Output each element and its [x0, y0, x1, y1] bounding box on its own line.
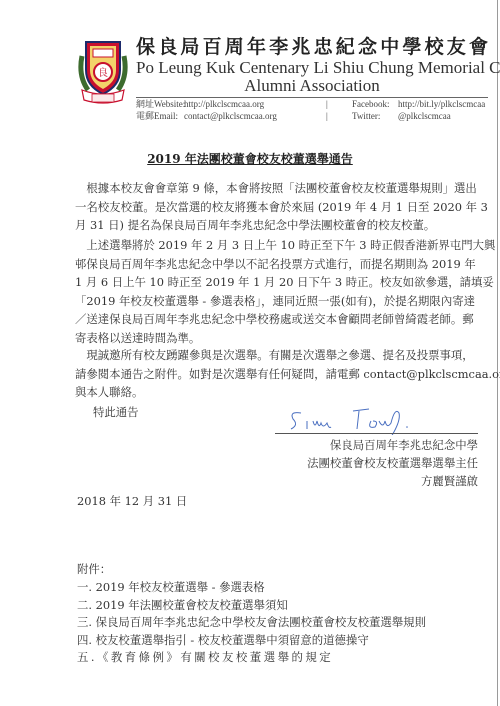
- svg-text:良: 良: [98, 66, 108, 79]
- contact-label-twitter: Twitter:: [352, 110, 380, 122]
- signer-title: 法團校董會校友校董選舉選舉主任: [275, 454, 478, 472]
- handwritten-signature: [283, 403, 473, 433]
- paragraph-line: ／送達保良局百周年李兆忠紀念中學校務處或送交本會顧問老師曾綺霞老師。郵: [75, 310, 475, 329]
- paragraph-line: 上述選舉將於 2019 年 2 月 3 日上午 10 時正至下午 3 時正假香港…: [75, 236, 475, 255]
- attachment-item: 三. 保良局百周年李兆忠紀念中學校友會法團校董會校友校董選舉規則: [77, 614, 426, 632]
- org-name-zh: 保良局百周年李兆忠紀念中學校友會: [136, 36, 488, 58]
- attachment-item: 四. 校友校董選舉指引 - 校友校董選舉中須留意的道德操守: [77, 632, 426, 650]
- email-link[interactable]: contact@plkclscmcaa.org: [184, 110, 277, 122]
- facebook-link[interactable]: http://bit.ly/plkclscmcaa: [398, 98, 485, 110]
- paragraph-line: 月 31 日) 提名為保良局百周年李兆忠紀念中學法團校董會的校友校董。: [75, 216, 475, 235]
- paragraph-line: 寄表格以送達時間為準。: [75, 329, 475, 348]
- contact-row-email: 電郵 Email: contact@plkclscmcaa.org | Twit…: [136, 110, 488, 122]
- org-block: 保良局百周年李兆忠紀念中學校友會 Po Leung Kuk Centenary …: [136, 36, 488, 122]
- attachment-item: 一. 2019 年校友校董選舉 - 參選表格: [77, 579, 426, 597]
- contact-label: Email:: [154, 110, 178, 122]
- paragraph-line: 與本人聯絡。: [75, 383, 475, 402]
- contact-label-facebook: Facebook:: [352, 98, 390, 110]
- signature-line: [275, 433, 478, 434]
- paragraph-3: 現誠邀所有校友踴躍參與是次選舉。有關是次選舉之參選、提名及投票事項， 請參閱本通…: [75, 346, 475, 402]
- paragraph-line: 現誠邀所有校友踴躍參與是次選舉。有關是次選舉之參選、提名及投票事項，: [75, 346, 475, 365]
- signer-name: 方麗賢謹啟: [275, 472, 478, 490]
- notice-closing: 特此通告: [93, 404, 139, 420]
- paragraph-line: 一名校友校董。是次當選的校友將獲本會於來屆 (2019 年 4 月 1 日至 2…: [75, 198, 475, 217]
- signature-block: 保良局百周年李兆忠紀念中學 法團校董會校友校董選舉選舉主任 方麗賢謹啟: [275, 436, 478, 490]
- org-name-en: Po Leung Kuk Centenary Li Shiu Chung Mem…: [136, 59, 488, 77]
- website-link[interactable]: http://plkclscmcaa.org: [184, 98, 264, 110]
- attachment-item: 五.《教育條例》有關校友校董選舉的規定: [77, 649, 426, 667]
- contact-label-zh: 電郵: [136, 110, 154, 122]
- paragraph-line: 邨保良局百周年李兆忠紀念中學以不記名投票方式進行，而提名期則為 2019 年: [75, 255, 475, 274]
- org-name-en-line2: Alumni Association: [136, 77, 488, 95]
- attachments-list: 一. 2019 年校友校董選舉 - 參選表格 二. 2019 年法團校董會校友校…: [77, 579, 426, 667]
- paragraph-line: 根據本校友會會章第 9 條，本會將按照「法團校董會校友校董選舉規則」選出: [75, 179, 475, 198]
- document-date: 2018 年 12 月 31 日: [77, 493, 187, 509]
- contact-label-zh: 網址: [136, 98, 154, 110]
- paragraph-line: 1 月 6 日上午 10 時正至 2019 年 1 月 20 日下午 3 時正。…: [75, 273, 475, 292]
- attachments-heading: 附件：: [77, 561, 111, 577]
- school-crest-icon: 良: [78, 36, 128, 104]
- attachment-item: 二. 2019 年法團校董會校友校董選舉須知: [77, 597, 426, 615]
- paragraph-1: 根據本校友會會章第 9 條，本會將按照「法團校董會校友校董選舉規則」選出 一名校…: [75, 179, 475, 235]
- paragraph-line: 請參閱本通告之附件。如對是次選舉有任何疑問，請電郵 contact@plkcls…: [75, 365, 475, 384]
- contact-label: Website:: [154, 98, 185, 110]
- twitter-link[interactable]: @plkclscmcaa: [398, 110, 451, 122]
- contact-separator: |: [326, 98, 328, 110]
- paragraph-line: 「2019 年校友校董選舉 - 參選表格」，連同近照一張(如有)，於提名期限內寄…: [75, 292, 475, 311]
- page-edge-line: [497, 0, 498, 706]
- document-title: 2019 年法團校董會校友校董選舉通告: [0, 150, 500, 167]
- contact-row-website: 網址 Website: http://plkclscmcaa.org | Fac…: [136, 98, 488, 110]
- signer-organization: 保良局百周年李兆忠紀念中學: [275, 436, 478, 454]
- contact-separator: |: [326, 110, 328, 122]
- paragraph-2: 上述選舉將於 2019 年 2 月 3 日上午 10 時正至下午 3 時正假香港…: [75, 236, 475, 347]
